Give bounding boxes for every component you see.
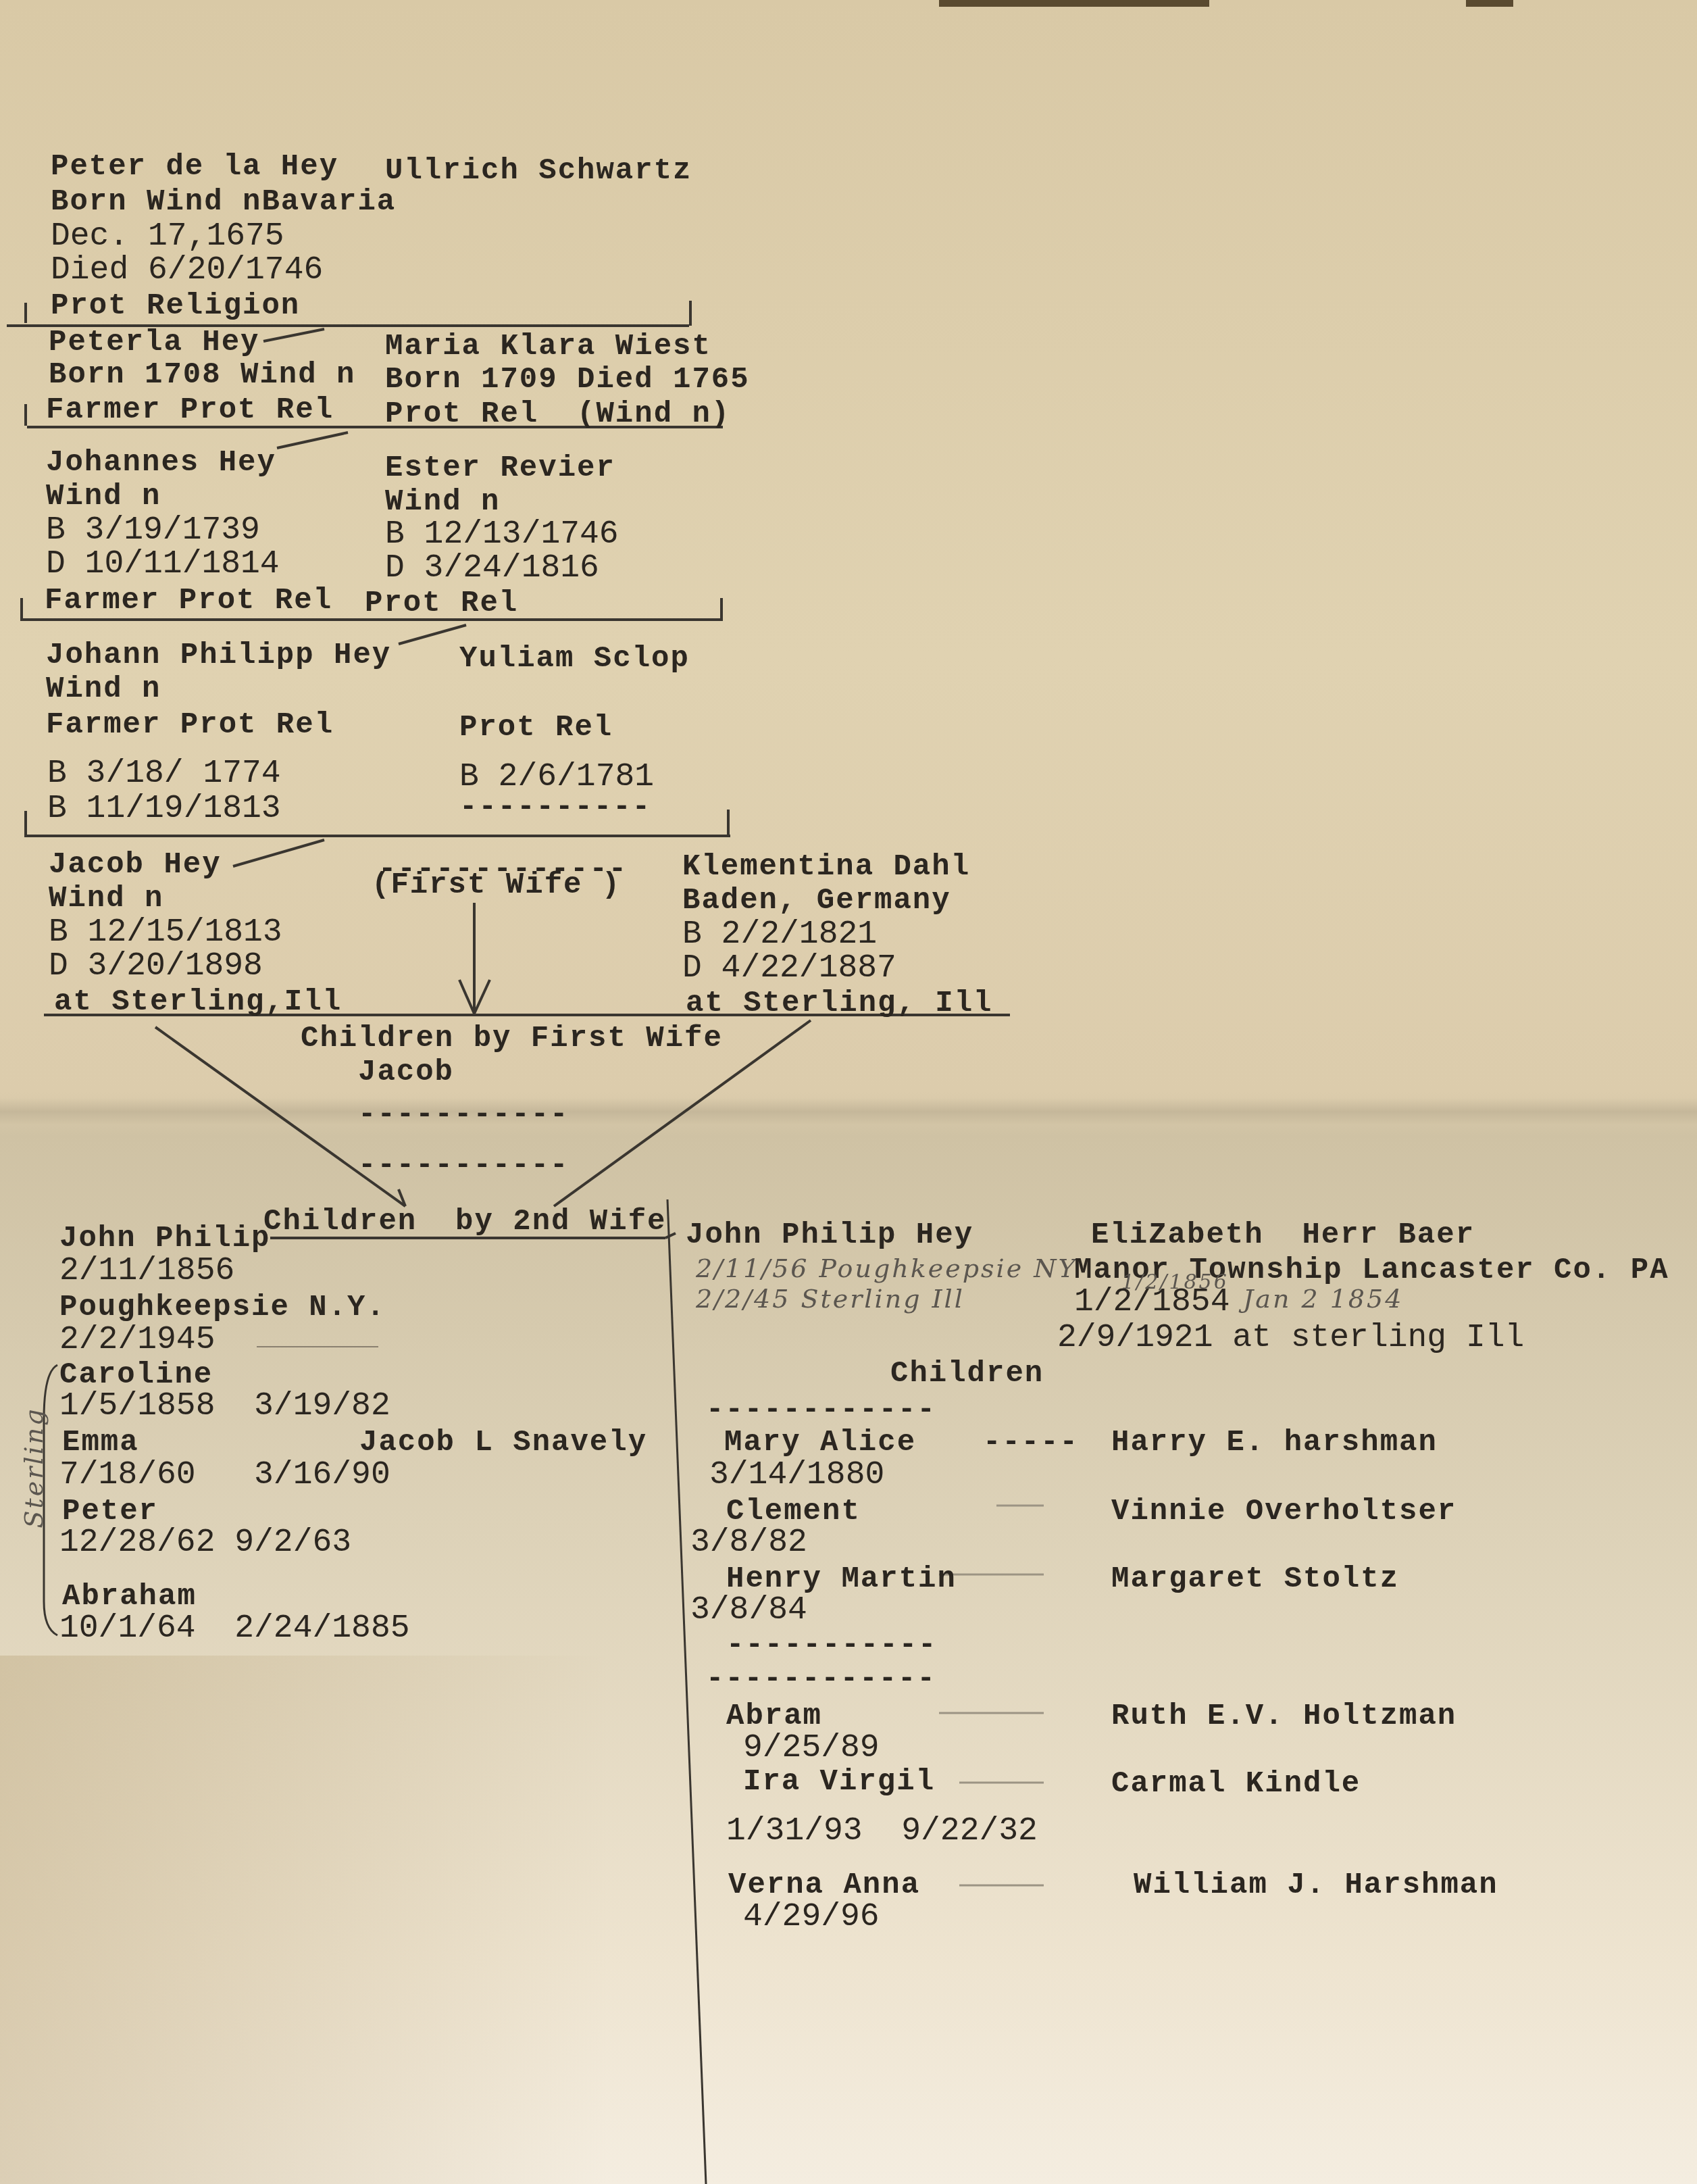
gen4-husband: Farmer Prot Rel bbox=[46, 708, 334, 742]
divider-tick bbox=[24, 404, 27, 426]
gen2-husband: Born 1708 Wind n bbox=[49, 358, 355, 392]
gen1-line: Born Wind nBavaria bbox=[51, 185, 396, 219]
gen5-wife: Klementina Dahl bbox=[682, 850, 970, 884]
gen6-child-date: 4/29/96 bbox=[743, 1900, 880, 1934]
gen6-husband: John Philip Hey bbox=[686, 1218, 973, 1252]
child-first-wife: Jacob bbox=[358, 1056, 454, 1089]
gen6-wife-handwritten: 1/2/1856 bbox=[1121, 1270, 1229, 1294]
divider-tick bbox=[20, 598, 23, 618]
gen3-husband: Johannes Hey bbox=[46, 446, 276, 480]
gen3-husband: Wind n bbox=[46, 480, 161, 514]
gen6-child-spouse: William J. Harshman bbox=[1134, 1868, 1498, 1902]
first-wife-label: (First Wife ) bbox=[372, 868, 621, 902]
gen1-wife-name: Ullrich Schwartz bbox=[385, 154, 692, 188]
gen4-husband: Johann Philipp Hey bbox=[46, 639, 391, 672]
gen6-wife: EliZabeth Herr Baer bbox=[1091, 1218, 1475, 1252]
divider-tick bbox=[720, 598, 723, 618]
gen1-line: Died 6/20/1746 bbox=[51, 253, 323, 287]
gen3-wife: B 12/13/1746 bbox=[385, 518, 619, 551]
gen6-child-name: Ira Virgil bbox=[743, 1765, 935, 1799]
gen2-wife: Born 1709 Died 1765 bbox=[385, 363, 750, 397]
gen5-husband: Wind n bbox=[49, 882, 163, 916]
gen2-husband: Farmer Prot Rel bbox=[46, 393, 334, 427]
gen6-child-date: 3/8/84 bbox=[690, 1593, 807, 1627]
gen3-wife: D 3/24/1816 bbox=[385, 551, 599, 585]
gen5-wife: at Sterling, Ill bbox=[686, 987, 992, 1020]
divider-tick bbox=[689, 301, 692, 326]
gen3-husband: Farmer Prot Rel bbox=[45, 584, 332, 618]
gen6-child-date: 3/8/82 bbox=[690, 1526, 807, 1560]
margin-annotation: Sterling bbox=[19, 1407, 49, 1528]
generation-divider bbox=[24, 835, 730, 837]
gen5-husband: B 12/15/1813 bbox=[49, 916, 282, 949]
children-second-wife-label: Children by 2nd Wife bbox=[263, 1205, 667, 1239]
gen6-child-name: Verna Anna bbox=[728, 1868, 920, 1902]
children-first-wife-label: Children by First Wife bbox=[301, 1022, 723, 1056]
gen6-wife-handwritten: Jan 2 1854 bbox=[1243, 1284, 1403, 1314]
child-date: 12/28/62 9/2/63 bbox=[59, 1526, 351, 1560]
gen4-wife: Prot Rel bbox=[459, 711, 613, 745]
gen6-child-date: 3/14/1880 bbox=[709, 1458, 884, 1492]
child-place: Poughkeepsie N.Y. bbox=[59, 1291, 386, 1324]
gen5-wife: D 4/22/1887 bbox=[682, 951, 896, 985]
gen6-child-connector: ----- bbox=[983, 1426, 1079, 1460]
dashes: ----------- bbox=[726, 1629, 937, 1662]
gen6-husband-handwritten: 2/2/45 Sterling Ill bbox=[696, 1284, 965, 1314]
gen6-wife-death: 2/9/1921 at sterling Ill bbox=[1057, 1321, 1524, 1355]
gen4-wife: B 2/6/1781 bbox=[459, 760, 654, 794]
child-date: 2/2/1945 bbox=[59, 1323, 215, 1357]
child-name: Caroline bbox=[59, 1358, 213, 1392]
child-date: 1/5/1858 3/19/82 bbox=[59, 1389, 390, 1423]
child-name: Peter bbox=[62, 1495, 158, 1529]
dashes: ----------- bbox=[358, 1098, 569, 1132]
gen3-wife: Prot Rel bbox=[365, 587, 518, 620]
gen4-husband: Wind n bbox=[46, 672, 161, 706]
gen6-child-name: Mary Alice bbox=[724, 1426, 916, 1460]
gen3-husband: B 3/19/1739 bbox=[46, 514, 260, 547]
gen2-husband: Peterla Hey bbox=[49, 326, 259, 359]
child-name: John Philip bbox=[59, 1222, 270, 1256]
gen5-husband: D 3/20/1898 bbox=[49, 949, 263, 983]
gen6-child-spouse: Margaret Stoltz bbox=[1111, 1562, 1399, 1596]
gen6-child-spouse: Vinnie Overholtser bbox=[1111, 1495, 1457, 1529]
gen3-husband: D 10/11/1814 bbox=[46, 547, 280, 581]
child-spouse: Jacob L Snavely bbox=[359, 1426, 647, 1460]
gen1-line: Dec. 17,1675 bbox=[51, 220, 284, 253]
child-date: 7/18/60 3/16/90 bbox=[59, 1458, 390, 1492]
gen3-wife: Wind n bbox=[385, 485, 500, 519]
gen6-husband-handwritten: 2/11/56 Poughkeepsie NY bbox=[696, 1254, 1078, 1283]
gen2-wife: Prot Rel (Wind n) bbox=[385, 397, 730, 431]
gen6-child-date: 9/25/89 bbox=[743, 1731, 880, 1765]
gen6-child-date: 1/31/93 9/22/32 bbox=[726, 1814, 1038, 1848]
gen5-husband: Jacob Hey bbox=[49, 848, 222, 882]
child-name: Abraham bbox=[62, 1580, 197, 1614]
gen6-child-name: Abram bbox=[726, 1699, 822, 1733]
dashes: ------------ bbox=[706, 1393, 936, 1427]
dashes: ----------- bbox=[358, 1149, 569, 1183]
gen3-wife: Ester Revier bbox=[385, 451, 615, 485]
divider-tick bbox=[24, 811, 27, 835]
gen6-children-label: Children bbox=[890, 1357, 1044, 1391]
gen4-wife: ---------- bbox=[459, 791, 651, 824]
gen4-husband: B 11/19/1813 bbox=[47, 792, 281, 826]
gen1-line: Prot Religion bbox=[51, 289, 300, 323]
gen5-husband: at Sterling,Ill bbox=[54, 985, 342, 1019]
gen6-child-spouse: Carmal Kindle bbox=[1111, 1767, 1361, 1801]
gen1-husband-name: Peter de la Hey bbox=[51, 150, 338, 184]
gen6-child-spouse: Ruth E.V. Holtzman bbox=[1111, 1699, 1457, 1733]
child-date: 2/11/1856 bbox=[59, 1254, 234, 1288]
divider-tick bbox=[24, 303, 27, 323]
gen6-child-name: Clement bbox=[726, 1495, 861, 1529]
gen4-wife: Yuliam Sclop bbox=[459, 642, 690, 676]
gen5-wife: Baden, Germany bbox=[682, 884, 951, 918]
gen5-wife: B 2/2/1821 bbox=[682, 918, 877, 951]
gen4-husband: B 3/18/ 1774 bbox=[47, 757, 281, 791]
gen2-wife: Maria Klara Wiest bbox=[385, 330, 711, 364]
child-name: Emma bbox=[62, 1426, 139, 1460]
gen6-child-spouse: Harry E. harshman bbox=[1111, 1426, 1438, 1460]
divider-tick bbox=[727, 810, 730, 835]
dashes: ------------ bbox=[706, 1662, 936, 1696]
child-date: 10/1/64 2/24/1885 bbox=[59, 1612, 409, 1645]
gen6-child-name: Henry Martin bbox=[726, 1562, 957, 1596]
